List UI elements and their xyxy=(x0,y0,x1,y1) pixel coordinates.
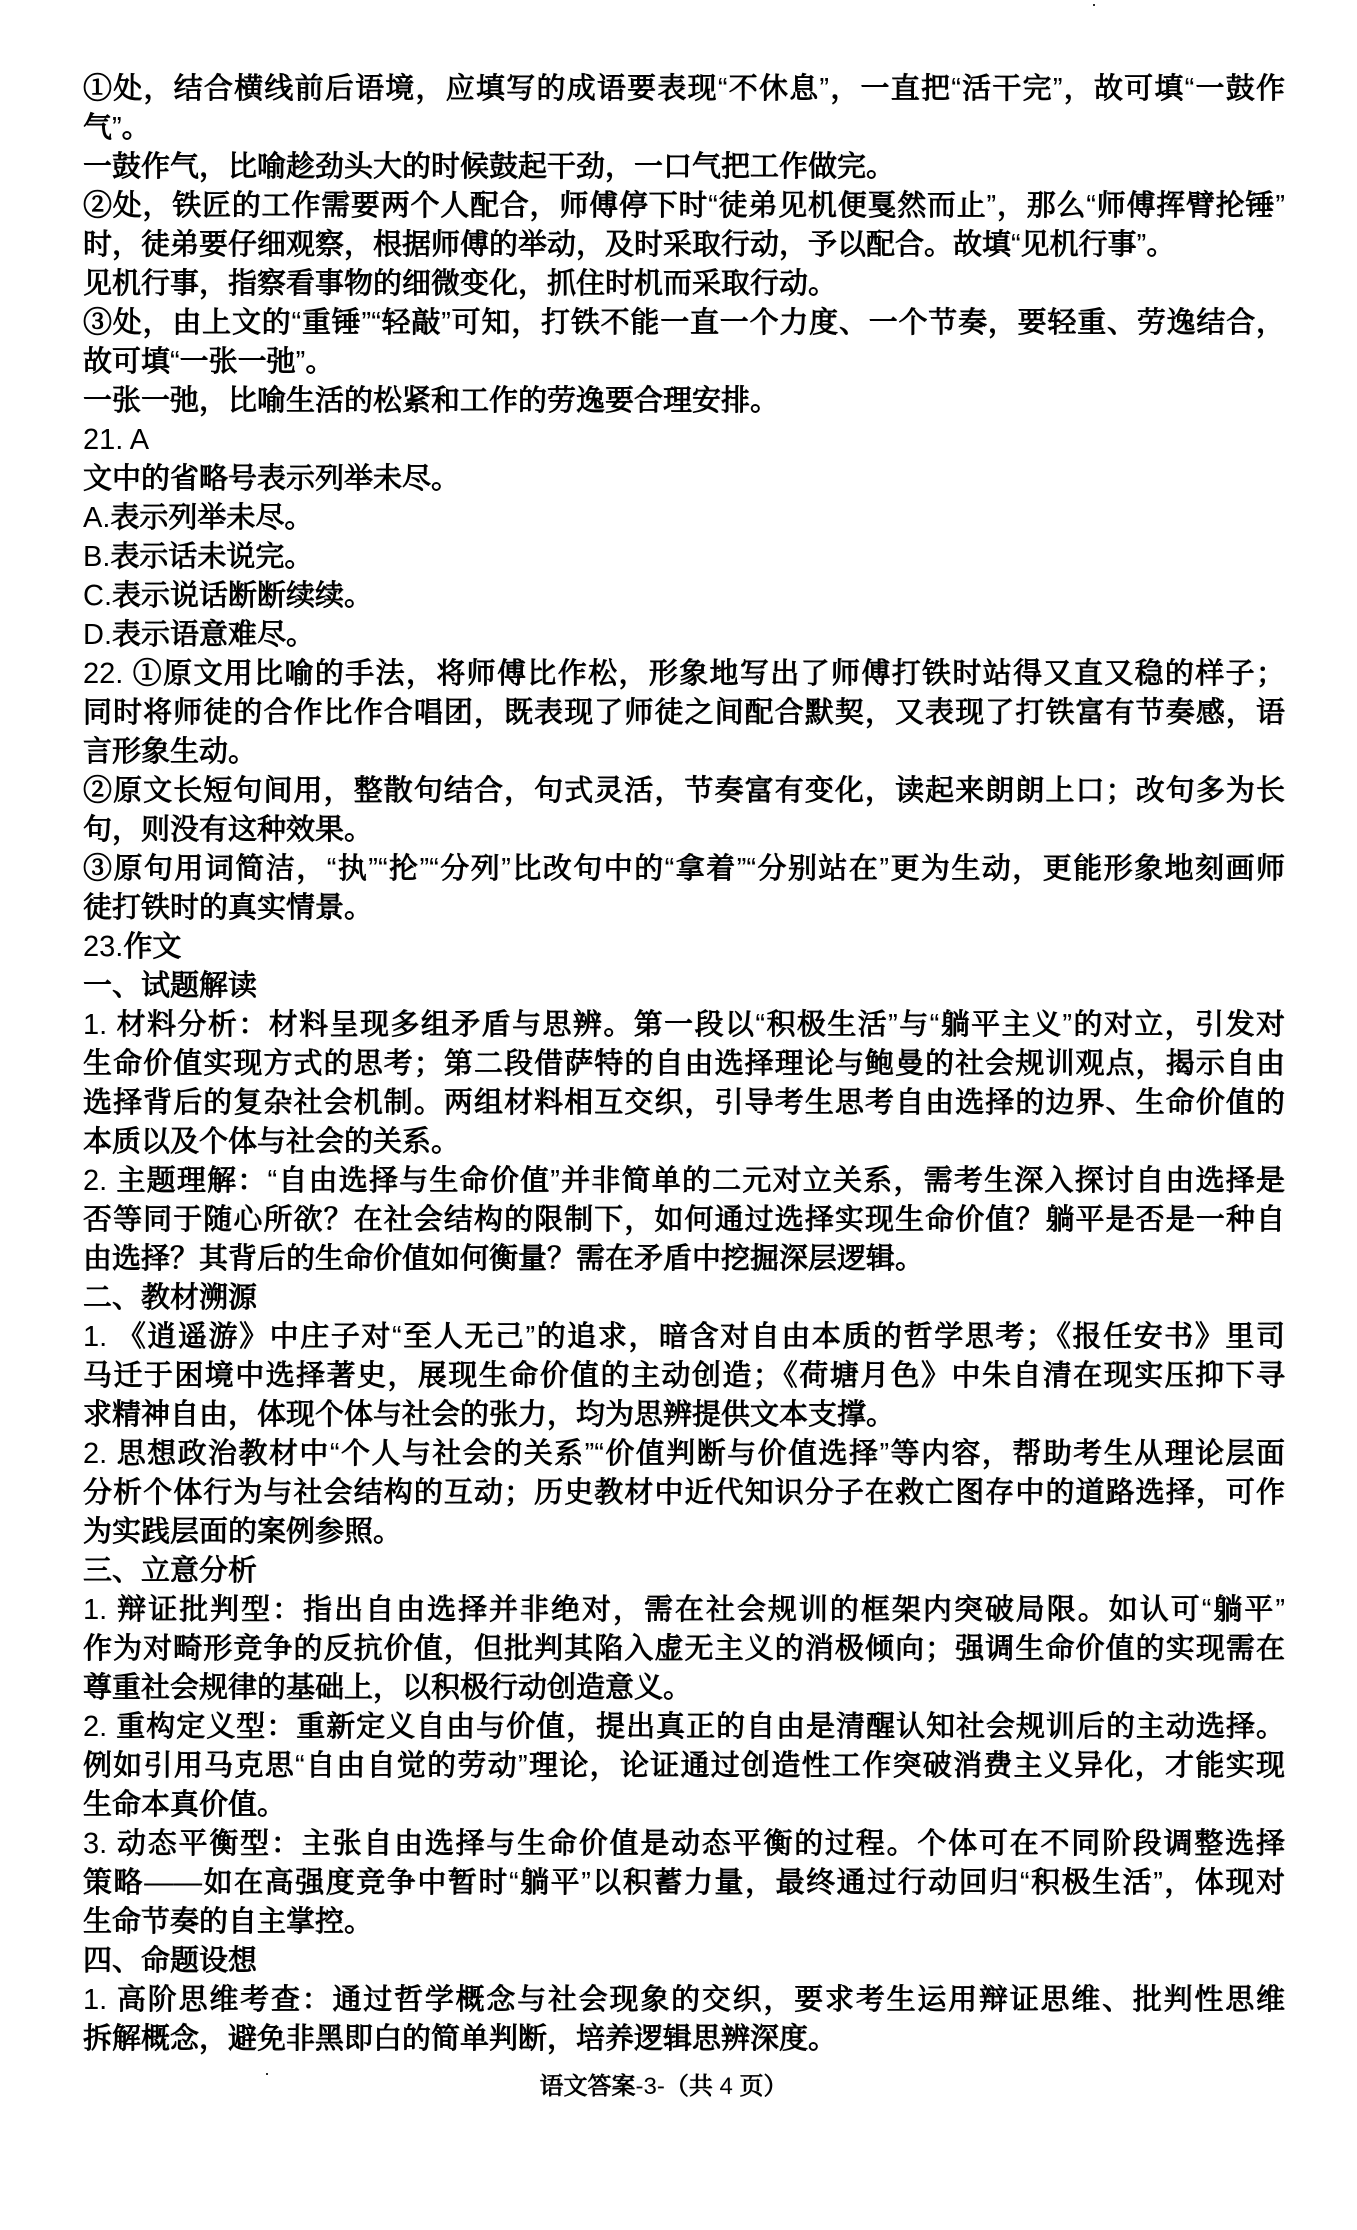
section-item: 2. 思想政治教材中“个人与社会的关系”“价值判断与价值选择”等内容，帮助考生从… xyxy=(83,1435,1285,1552)
section-item: 1. 《逍遥游》中庄子对“至人无己”的追求，暗含对自由本质的哲学思考；《报任安书… xyxy=(83,1318,1285,1435)
text-line: 为实践层面的案例参照。 xyxy=(83,1513,1285,1552)
section-item: 1. 辩证批判型：指出自由选择并非绝对，需在社会规训的框架内突破局限。如认可“躺… xyxy=(83,1591,1285,1708)
page-footer: 语文答案-3-（共 4 页） xyxy=(0,2072,1357,2102)
scan-speck xyxy=(1093,4,1095,6)
text-line: 同时将师徒的合作比作合唱团，既表现了师徒之间配合默契，又表现了打铁富有节奏感，语 xyxy=(83,694,1285,733)
section-item: 2. 重构定义型：重新定义自由与价值，提出真正的自由是清醒认知社会规训后的主动选… xyxy=(83,1708,1285,1825)
q20-blank1-idiom-meaning: 一鼓作气，比喻趁劲头大的时候鼓起干劲，一口气把工作做完。 xyxy=(83,148,1285,187)
text-line: 生命节奏的自主掌控。 xyxy=(83,1903,1285,1942)
q20-blank3-analysis: ③处，由上文的“重锤”“轻敲”可知，打铁不能一直一个力度、一个节奏，要轻重、劳逸… xyxy=(83,304,1285,382)
text-line: 言形象生动。 xyxy=(83,733,1285,772)
text-line: 本质以及个体与社会的关系。 xyxy=(83,1123,1285,1162)
text-line: 2. 主题理解：“自由选择与生命价值”并非简单的二元对立关系，需考生深入探讨自由… xyxy=(83,1162,1285,1201)
section-item: 2. 主题理解：“自由选择与生命价值”并非简单的二元对立关系，需考生深入探讨自由… xyxy=(83,1162,1285,1279)
q20-blank1-analysis: ①处，结合横线前后语境，应填写的成语要表现“不休息”，一直把“活干完”，故可填“… xyxy=(83,70,1285,148)
page-number-label: 语文答案-3-（共 4 页） xyxy=(539,2073,787,2100)
q21-answer: 21. A xyxy=(83,421,1285,460)
section-item: 3. 动态平衡型：主张自由选择与生命价值是动态平衡的过程。个体可在不同阶段调整选… xyxy=(83,1825,1285,1942)
text-line: 生命价值实现方式的思考；第二段借萨特的自由选择理论与鲍曼的社会规训观点，揭示自由 xyxy=(83,1045,1285,1084)
text-line: 例如引用马克思“自由自觉的劳动”理论，论证通过创造性工作突破消费主义异化，才能实… xyxy=(83,1747,1285,1786)
q21-block: 21. A 文中的省略号表示列举未尽。 A.表示列举未尽。 B.表示话未说完。 … xyxy=(83,421,1285,655)
text-line: 作为对畸形竞争的反抗价值，但批判其陷入虚无主义的消极倾向；强调生命价值的实现需在 xyxy=(83,1630,1285,1669)
text-line: 1. 材料分析：材料呈现多组矛盾与思辨。第一段以“积极生活”与“躺平主义”的对立… xyxy=(83,1006,1285,1045)
text-line: 气”。 xyxy=(83,109,1285,148)
q20-blank2-idiom-meaning: 见机行事，指察看事物的细微变化，抓住时机而采取行动。 xyxy=(83,265,1285,304)
text-line: 策略——如在高强度竞争中暂时“躺平”以积蓄力量，最终通过行动回归“积极生活”，体… xyxy=(83,1864,1285,1903)
q21-option-b: B.表示话未说完。 xyxy=(83,538,1285,577)
text-line: 22. ①原文用比喻的手法，将师傅比作松，形象地写出了师傅打铁时站得又直又稳的样… xyxy=(83,655,1285,694)
section-heading: 一、试题解读 xyxy=(83,967,1285,1006)
text-line: 否等同于随心所欲？在社会结构的限制下，如何通过选择实现生命价值？躺平是否是一种自 xyxy=(83,1201,1285,1240)
q22-point-1: 22. ①原文用比喻的手法，将师傅比作松，形象地写出了师傅打铁时站得又直又稳的样… xyxy=(83,655,1285,772)
text-line: 选择背后的复杂社会机制。两组材料相互交织，引导考生思考自由选择的边界、生命价值的 xyxy=(83,1084,1285,1123)
q20-blank3-idiom-meaning: 一张一弛，比喻生活的松紧和工作的劳逸要合理安排。 xyxy=(83,382,1285,421)
text-line: 生命本真价值。 xyxy=(83,1786,1285,1825)
section-heading: 二、教材溯源 xyxy=(83,1279,1285,1318)
q20-blank2-analysis: ②处，铁匠的工作需要两个人配合，师傅停下时“徒弟见机便戛然而止”，那么“师傅挥臂… xyxy=(83,187,1285,265)
text-line: 故可填“一张一弛”。 xyxy=(83,343,1285,382)
text-line: ②处，铁匠的工作需要两个人配合，师傅停下时“徒弟见机便戛然而止”，那么“师傅挥臂… xyxy=(83,187,1285,226)
section-item: 1. 高阶思维考查：通过哲学概念与社会现象的交织，要求考生运用辩证思维、批判性思… xyxy=(83,1981,1285,2059)
text-line: 一鼓作气，比喻趁劲头大的时候鼓起干劲，一口气把工作做完。 xyxy=(83,148,1285,187)
q23-section-4: 四、命题设想 1. 高阶思维考查：通过哲学概念与社会现象的交织，要求考生运用辩证… xyxy=(83,1942,1285,2059)
text-line: 1. 《逍遥游》中庄子对“至人无己”的追求，暗含对自由本质的哲学思考；《报任安书… xyxy=(83,1318,1285,1357)
text-line: 3. 动态平衡型：主张自由选择与生命价值是动态平衡的过程。个体可在不同阶段调整选… xyxy=(83,1825,1285,1864)
text-line: 2. 思想政治教材中“个人与社会的关系”“价值判断与价值选择”等内容，帮助考生从… xyxy=(83,1435,1285,1474)
text-line: ③处，由上文的“重锤”“轻敲”可知，打铁不能一直一个力度、一个节奏，要轻重、劳逸… xyxy=(83,304,1285,343)
q21-option-d: D.表示语意难尽。 xyxy=(83,616,1285,655)
q23-section-1: 一、试题解读 1. 材料分析：材料呈现多组矛盾与思辨。第一段以“积极生活”与“躺… xyxy=(83,967,1285,1279)
section-item: 1. 材料分析：材料呈现多组矛盾与思辨。第一段以“积极生活”与“躺平主义”的对立… xyxy=(83,1006,1285,1162)
q21-explanation: 文中的省略号表示列举未尽。 xyxy=(83,460,1285,499)
text-line: 分析个体行为与社会结构的互动；历史教材中近代知识分子在救亡图存中的道路选择，可作 xyxy=(83,1474,1285,1513)
text-line: 见机行事，指察看事物的细微变化，抓住时机而采取行动。 xyxy=(83,265,1285,304)
text-line: ③原句用词简洁，“执”“抡”“分列”比改句中的“拿着”“分别站在”更为生动，更能… xyxy=(83,850,1285,889)
q21-option-a: A.表示列举未尽。 xyxy=(83,499,1285,538)
text-line: ①处，结合横线前后语境，应填写的成语要表现“不休息”，一直把“活干完”，故可填“… xyxy=(83,70,1285,109)
text-line: 由选择？其背后的生命价值如何衡量？需在矛盾中挖掘深层逻辑。 xyxy=(83,1240,1285,1279)
q22-point-3: ③原句用词简洁，“执”“抡”“分列”比改句中的“拿着”“分别站在”更为生动，更能… xyxy=(83,850,1285,928)
text-line: 2. 重构定义型：重新定义自由与价值，提出真正的自由是清醒认知社会规训后的主动选… xyxy=(83,1708,1285,1747)
section-heading: 四、命题设想 xyxy=(83,1942,1285,1981)
section-heading: 三、立意分析 xyxy=(83,1552,1285,1591)
answer-document: ①处，结合横线前后语境，应填写的成语要表现“不休息”，一直把“活干完”，故可填“… xyxy=(83,70,1285,2059)
text-line: ②原文长短句间用，整散句结合，句式灵活，节奏富有变化，读起来朗朗上口；改句多为长 xyxy=(83,772,1285,811)
text-line: 句，则没有这种效果。 xyxy=(83,811,1285,850)
text-line: 一张一弛，比喻生活的松紧和工作的劳逸要合理安排。 xyxy=(83,382,1285,421)
text-line: 马迁于困境中选择著史，展现生命价值的主动创造；《荷塘月色》中朱自清在现实压抑下寻 xyxy=(83,1357,1285,1396)
text-line: 1. 高阶思维考查：通过哲学概念与社会现象的交织，要求考生运用辩证思维、批判性思… xyxy=(83,1981,1285,2020)
q23-section-3: 三、立意分析 1. 辩证批判型：指出自由选择并非绝对，需在社会规训的框架内突破局… xyxy=(83,1552,1285,1942)
text-line: 时，徒弟要仔细观察，根据师傅的举动，及时采取行动，予以配合。故填“见机行事”。 xyxy=(83,226,1285,265)
q23-title: 23.作文 xyxy=(83,928,1285,967)
text-line: 尊重社会规律的基础上，以积极行动创造意义。 xyxy=(83,1669,1285,1708)
text-line: 徒打铁时的真实情景。 xyxy=(83,889,1285,928)
q23-section-2: 二、教材溯源 1. 《逍遥游》中庄子对“至人无己”的追求，暗含对自由本质的哲学思… xyxy=(83,1279,1285,1552)
q22-point-2: ②原文长短句间用，整散句结合，句式灵活，节奏富有变化，读起来朗朗上口；改句多为长… xyxy=(83,772,1285,850)
text-line: 1. 辩证批判型：指出自由选择并非绝对，需在社会规训的框架内突破局限。如认可“躺… xyxy=(83,1591,1285,1630)
q21-option-c: C.表示说话断断续续。 xyxy=(83,577,1285,616)
text-line: 拆解概念，避免非黑即白的简单判断，培养逻辑思辨深度。 xyxy=(83,2020,1285,2059)
text-line: 求精神自由，体现个体与社会的张力，均为思辨提供文本支撑。 xyxy=(83,1396,1285,1435)
